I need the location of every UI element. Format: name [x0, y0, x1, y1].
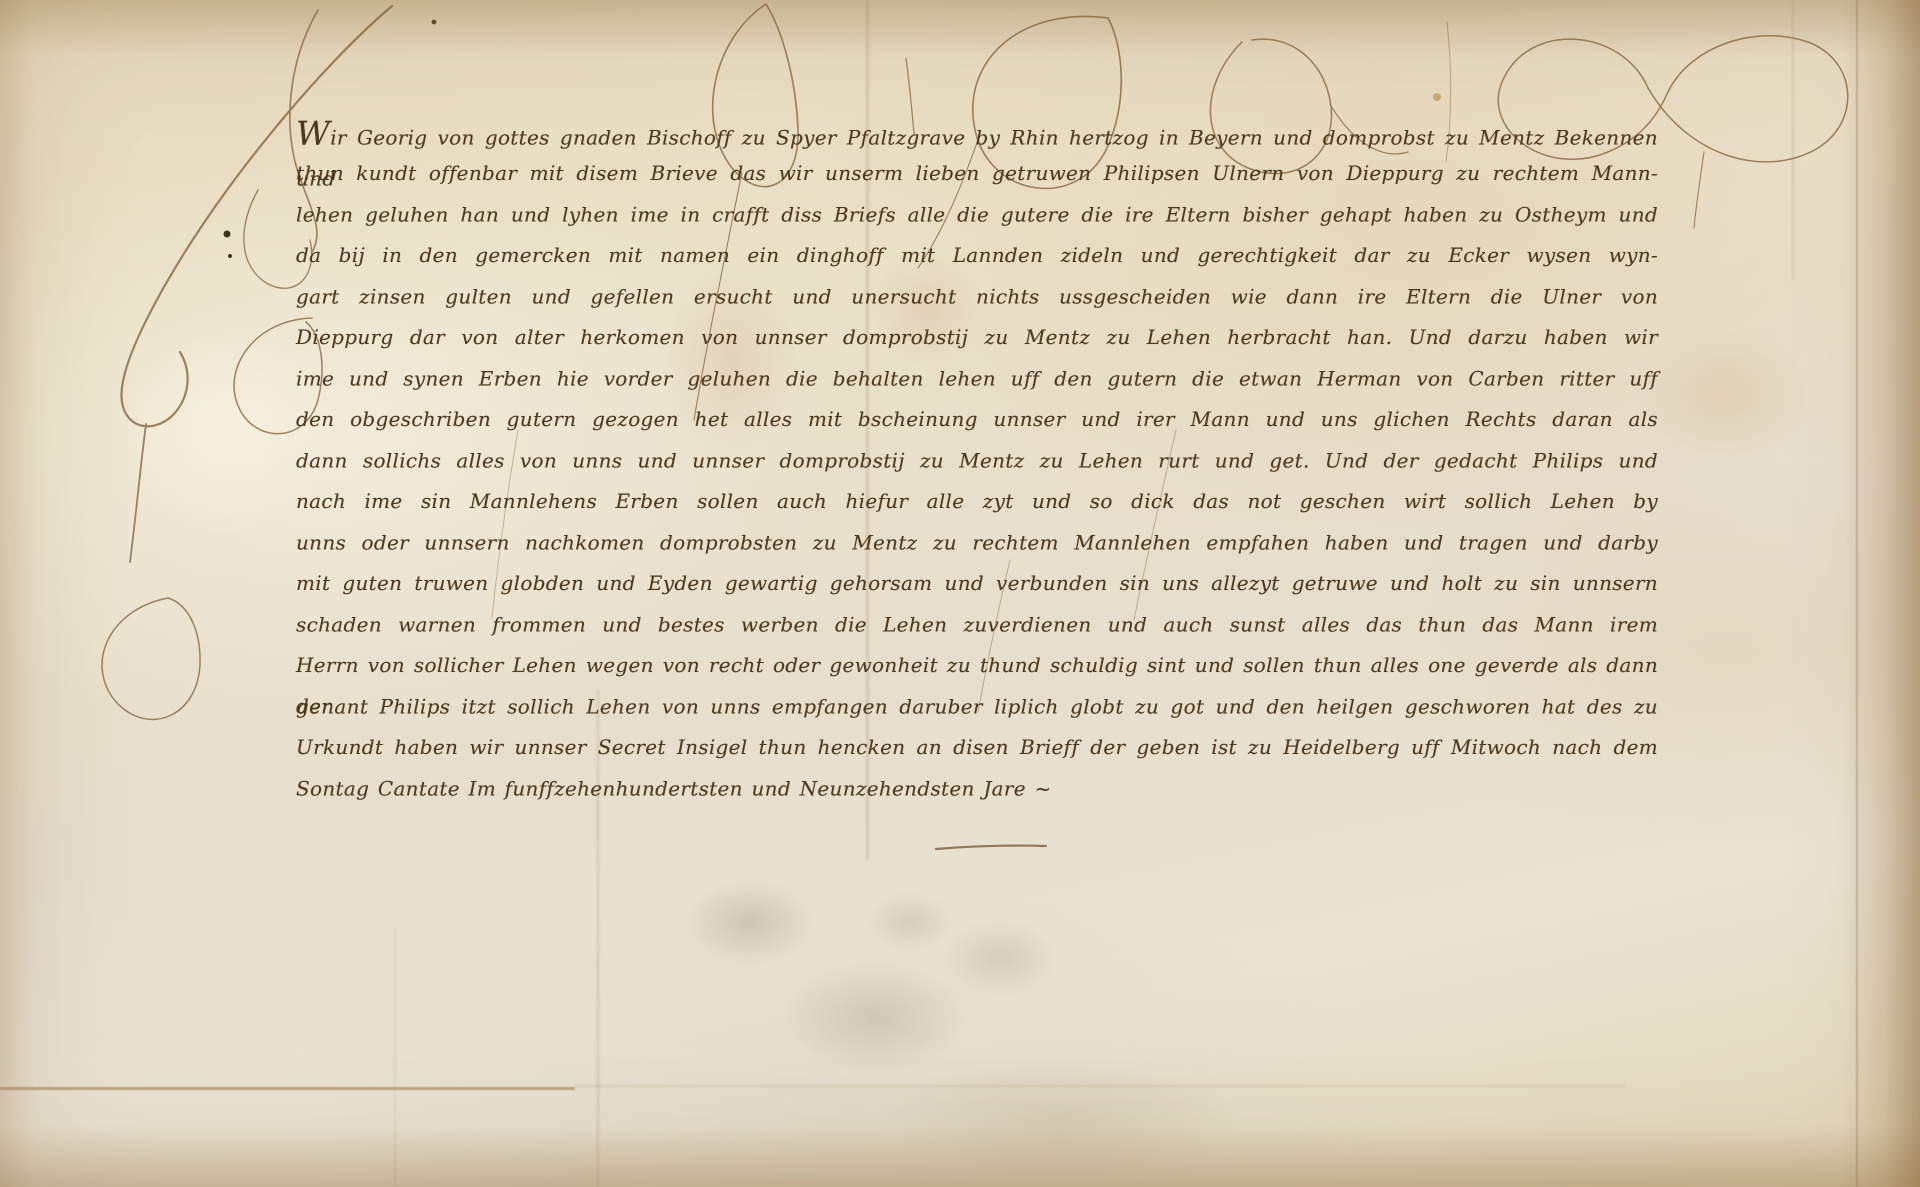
- ink-spot: [432, 20, 437, 25]
- manuscript-line: ime und synen Erben hie vorder geluhen d…: [296, 359, 1658, 400]
- fold-crease: [575, 1085, 1625, 1087]
- top-left-cadel-flourish: [130, 424, 146, 562]
- ink-spot: [228, 254, 232, 258]
- manuscript-line: da bij in den gemercken mit namen ein di…: [296, 235, 1658, 276]
- manuscript-line: Herrn von sollicher Lehen wegen von rech…: [296, 645, 1658, 686]
- manuscript-line: Urkundt haben wir unnser Secret Insigel …: [296, 727, 1658, 768]
- parchment-edge: [1842, 0, 1920, 1187]
- tan-stain: [1640, 330, 1810, 460]
- fold-crease: [1856, 0, 1858, 1187]
- manuscript-line: genant Philips itzt sollich Lehen von un…: [296, 687, 1658, 728]
- parchment-edge: [0, 1125, 1920, 1187]
- manuscript-text-block: Wir Georig von gottes gnaden Bischoff zu…: [296, 112, 1658, 809]
- manuscript-line: unns oder unnsern nachkomen domprobsten …: [296, 523, 1658, 564]
- manuscript-line: dann sollichs alles von unns und unnser …: [296, 441, 1658, 482]
- fold-crease: [0, 1087, 575, 1090]
- manuscript-line: nach ime sin Mannlehens Erben sollen auc…: [296, 481, 1658, 522]
- grey-smudge-stain: [600, 850, 1100, 1090]
- bottom-stain: [880, 1060, 1240, 1180]
- fold-crease: [1792, 0, 1794, 280]
- ink-spot: [224, 231, 231, 238]
- parchment-document: Wir Georig von gottes gnaden Bischoff zu…: [0, 0, 1920, 1187]
- pen-dash: [936, 846, 1046, 849]
- top-right-infinity-loop-flourish: [1694, 152, 1704, 228]
- manuscript-line: Sontag Cantate Im funffzehenhundertsten …: [296, 769, 1126, 810]
- manuscript-line: schaden warnen frommen und bestes werben…: [296, 605, 1658, 646]
- manuscript-line: gart zinsen gulten und gefellen ersucht …: [296, 277, 1658, 318]
- manuscript-line: Wir Georig von gottes gnaden Bischoff zu…: [296, 113, 1658, 154]
- manuscript-line: lehen geluhen han und lyhen ime in craff…: [296, 195, 1658, 236]
- manuscript-line: Dieppurg dar von alter herkomen von unns…: [296, 317, 1658, 358]
- parchment-edge: [0, 0, 1920, 56]
- parchment-edge: [0, 0, 34, 1187]
- fold-crease: [394, 930, 396, 1187]
- manuscript-line: thun kundt offenbar mit disem Brieve das…: [296, 153, 1658, 194]
- manuscript-line: den obgeschriben gutern gezogen het alle…: [296, 399, 1658, 440]
- freckle-spot: [1433, 93, 1441, 101]
- manuscript-line: mit guten truwen globden und Eyden gewar…: [296, 563, 1658, 604]
- left-margin-oval-flourish: [102, 598, 200, 719]
